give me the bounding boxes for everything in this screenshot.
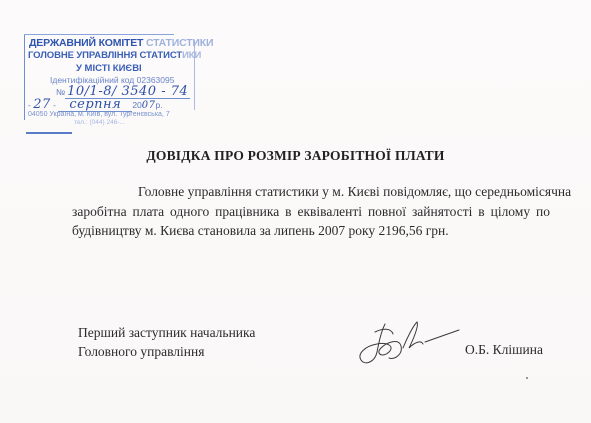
signer-name: О.Б. Клішина: [465, 342, 543, 358]
stamp-underline: [26, 132, 72, 134]
document-title: ДОВІДКА ПРО РОЗМІР ЗАРОБІТНОЇ ПЛАТИ: [0, 148, 591, 164]
body-line: будівництву м. Києва становила за липень…: [72, 221, 550, 241]
position-line: Перший заступник начальника: [78, 323, 255, 342]
stamp-city: У МІСТІ КИЄВІ: [76, 64, 142, 74]
stamp-border: [24, 34, 25, 120]
handwritten-month: серпня: [58, 98, 132, 112]
handwritten-year: 07: [142, 100, 156, 111]
document-body: Головне управління статистики у м. Києві…: [72, 182, 550, 241]
handwritten-signature-icon: [355, 318, 465, 370]
official-stamp: ДЕРЖАВНИЙ КОМІТЕТ СТАТИСТИКИ ГОЛОВНЕ УПР…: [24, 32, 196, 124]
stamp-date: - 27 - серпня2007р.: [28, 98, 163, 112]
body-line: заробітна плата одного працівника в екві…: [72, 202, 550, 222]
stamp-department-name: ГОЛОВНЕ УПРАВЛІННЯ СТАТИСТИКИ: [28, 51, 201, 61]
document-page: ДЕРЖАВНИЙ КОМІТЕТ СТАТИСТИКИ ГОЛОВНЕ УПР…: [0, 0, 591, 423]
body-line: Головне управління статистики у м. Києві…: [72, 182, 550, 202]
stamp-address: 04050 Україна, м. Київ, вул. Тургенєвськ…: [28, 111, 170, 118]
stamp-border: [24, 34, 174, 35]
scan-speck: [526, 377, 528, 379]
handwritten-day: 27: [33, 97, 51, 112]
position-line: Головного управління: [78, 342, 255, 361]
signatory-position: Перший заступник начальника Головного уп…: [78, 323, 255, 361]
stamp-phone: тел.: (044) 246-...: [74, 120, 125, 127]
stamp-committee-name: ДЕРЖАВНИЙ КОМІТЕТ СТАТИСТИКИ: [29, 38, 213, 49]
